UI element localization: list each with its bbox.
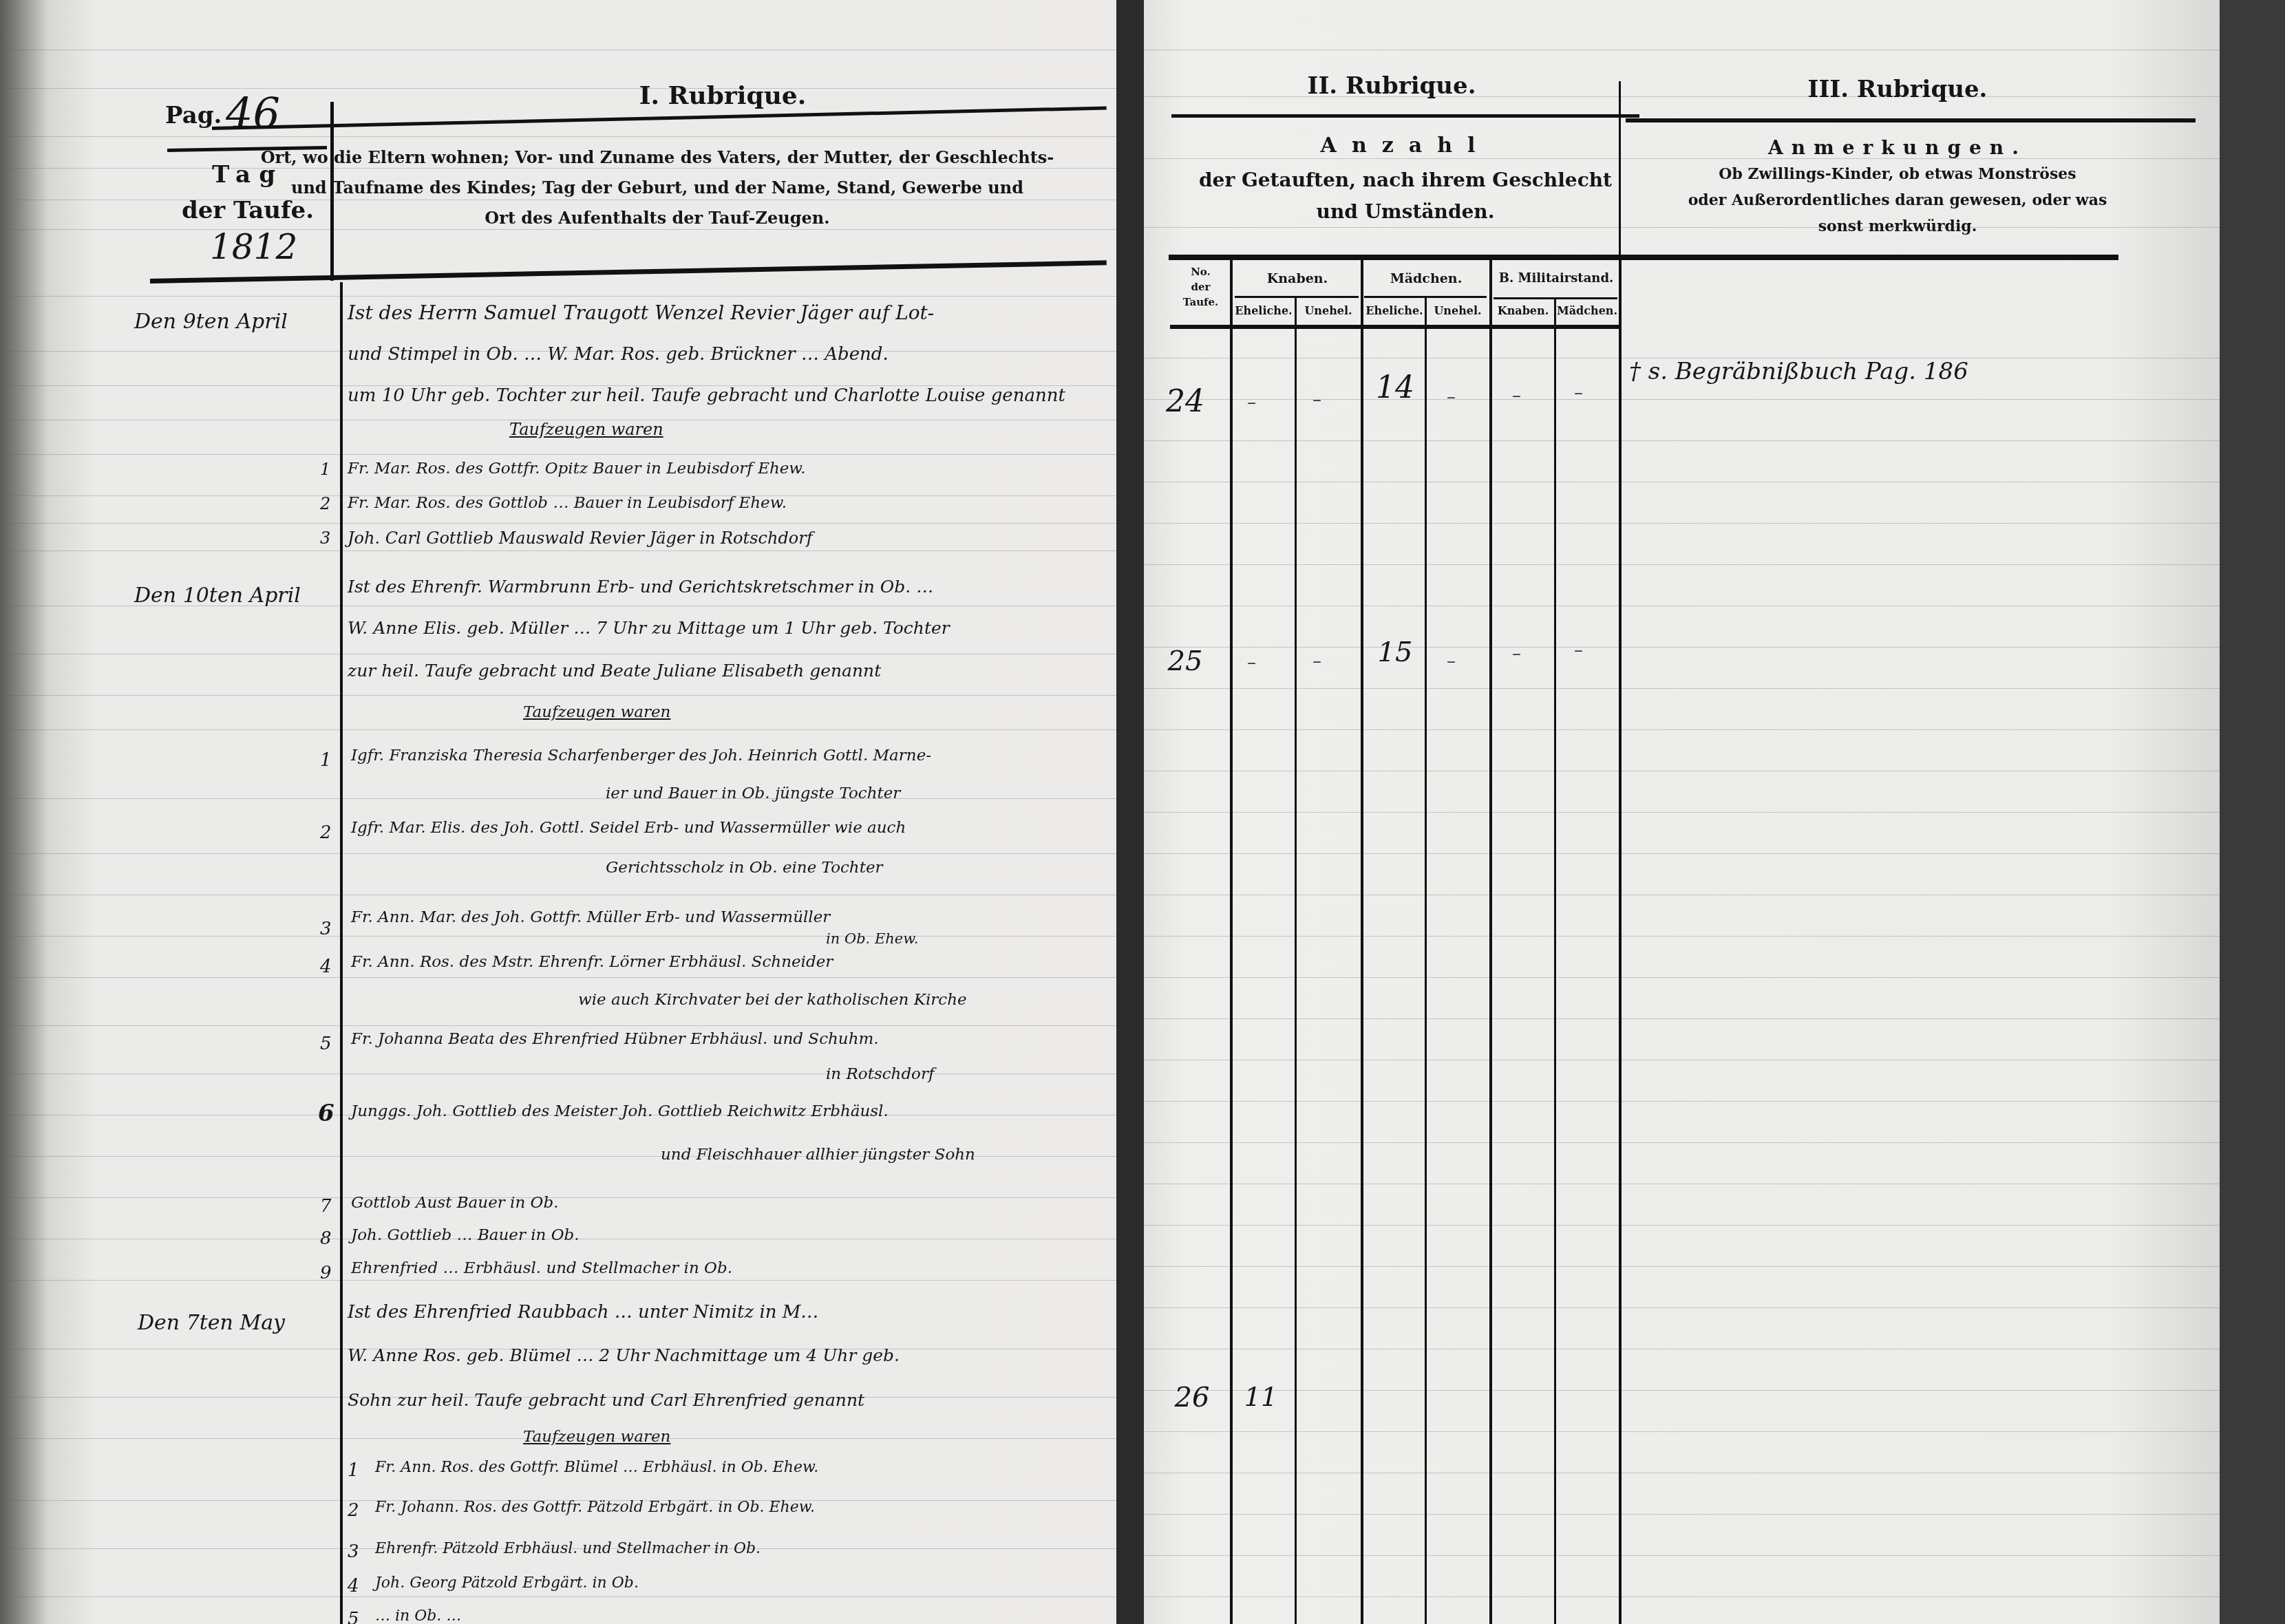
ruled-line xyxy=(1144,1473,2220,1473)
entry-2-witness-6: Junggs. Joh. Gottlieb des Meister Joh. G… xyxy=(351,1102,889,1120)
ruled-line xyxy=(1144,729,2220,730)
entry-2-knaben-unehel: – xyxy=(1312,651,1321,672)
rubrique-2-title: II. Rubrique. xyxy=(1165,72,1619,100)
col-mil-maedchen: Mädchen. xyxy=(1555,303,1619,319)
ruled-line xyxy=(1144,440,2220,441)
ruled-line xyxy=(1144,1018,2220,1019)
entry-2-maedchen-unehel: – xyxy=(1447,651,1456,672)
entry-3-witness-3: Ehrenfr. Pätzold Erbhäusl. und Stellmach… xyxy=(375,1540,761,1557)
right-page: II. Rubrique. Anzahl der Getauften, nach… xyxy=(1144,0,2220,1624)
entry-2-witness-9-num: 9 xyxy=(320,1263,332,1283)
year: 1812 xyxy=(210,227,297,267)
entry-1-line-3: um 10 Uhr geb. Tochter zur heil. Taufe g… xyxy=(348,385,1065,406)
date-col-divider xyxy=(340,282,343,1624)
entry-3-witness-1: Fr. Ann. Ros. des Gottfr. Blümel … Erbhä… xyxy=(375,1459,818,1476)
entry-2-witness-6-cont: und Fleischhauer allhier jüngster Sohn xyxy=(661,1146,975,1164)
entry-2-mil-knaben: – xyxy=(1512,643,1521,664)
header-col-divider xyxy=(1619,81,1621,260)
ruled-line xyxy=(1144,1266,2220,1267)
entry-1-maedchen-unehel: – xyxy=(1447,387,1456,407)
ruled-line xyxy=(0,729,1116,730)
entry-3-line-1: Ist des Ehrenfried Raubbach … unter Nimi… xyxy=(348,1302,818,1323)
rule xyxy=(1626,118,2196,122)
rubrique-2-desc-line3: und Umständen. xyxy=(1171,198,1639,226)
header-col-divider xyxy=(330,102,334,281)
ruled-line xyxy=(1144,936,2220,937)
col-divider xyxy=(1619,260,1622,1624)
ruled-line xyxy=(1144,647,2220,648)
entry-1-line-1: Ist des Herrn Samuel Traugott Wenzel Rev… xyxy=(348,301,934,324)
entry-1-knaben-ehel: – xyxy=(1247,392,1256,413)
entry-2-witness-5: Fr. Johanna Beata des Ehrenfried Hübner … xyxy=(351,1030,879,1048)
entry-2-witness-1-num: 1 xyxy=(320,750,332,771)
page-label: Pag. xyxy=(165,102,220,129)
rubrique-3-desc-line3: oder Außerordentliches daran gewesen, od… xyxy=(1626,190,2169,212)
entry-3-date: Den 7ten May xyxy=(138,1311,285,1335)
ruled-line xyxy=(1144,399,2220,400)
entry-2-witness-8-num: 8 xyxy=(320,1228,332,1249)
col-maedchen-ehelich: Eheliche. xyxy=(1363,303,1426,319)
entry-2-witness-3-num: 3 xyxy=(320,919,332,939)
left-page: Pag. 46 Tag der Taufe. 1812 I. Rubrique.… xyxy=(0,0,1116,1624)
entry-1-mil-knaben: – xyxy=(1512,385,1521,406)
col-mil-knaben: Knaben. xyxy=(1491,303,1555,319)
entry-2-line-1: Ist des Ehrenfr. Warmbrunn Erb- und Geri… xyxy=(348,577,933,597)
entry-3-witness-heading: Taufzeugen waren xyxy=(523,1428,670,1446)
entry-3-witness-1-num: 1 xyxy=(348,1460,359,1481)
entry-2-witness-7: Gottlob Aust Bauer in Ob. xyxy=(351,1194,558,1212)
ruled-line xyxy=(0,798,1116,799)
rule xyxy=(1235,296,1359,298)
entry-1-witness-1: Fr. Mar. Ros. des Gottfr. Opitz Bauer in… xyxy=(348,460,806,478)
ruled-line xyxy=(1144,895,2220,895)
ruled-line xyxy=(1144,1349,2220,1349)
col-no-line2: der xyxy=(1171,280,1230,295)
col-knaben-header: Knaben. xyxy=(1233,270,1361,289)
entry-2-witness-7-num: 7 xyxy=(320,1196,332,1217)
ruled-line xyxy=(1144,1225,2220,1226)
col-knaben-ehelich: Eheliche. xyxy=(1232,303,1295,319)
ruled-line xyxy=(1144,1390,2220,1391)
entry-2-mil-maedchen: – xyxy=(1574,640,1583,661)
rubrique-2-desc-line2: der Getauften, nach ihrem Geschlecht xyxy=(1171,167,1639,195)
ruled-line xyxy=(1144,977,2220,978)
entry-3-witness-4-num: 4 xyxy=(348,1576,359,1596)
col-maedchen-unehel: Unehel. xyxy=(1426,303,1489,319)
entry-3-line-3: Sohn zur heil. Taufe gebracht und Carl E… xyxy=(348,1390,864,1410)
entry-1-remark: † s. Begräbnißbuch Pag. 186 xyxy=(1629,358,1968,385)
entry-2-date: Den 10ten April xyxy=(134,584,301,608)
entry-2-witness-2-cont: Gerichtsscholz in Ob. eine Tochter xyxy=(606,859,883,877)
entry-1-witness-1-num: 1 xyxy=(320,460,330,479)
book-fold xyxy=(1116,0,1144,1624)
entry-2-witness-1-cont: ier und Bauer in Ob. jüngste Tochter xyxy=(606,784,900,802)
ruled-line xyxy=(1144,1307,2220,1308)
ruled-line xyxy=(1144,606,2220,606)
entry-1-no: 24 xyxy=(1151,384,1220,419)
col-no-header: No. der Taufe. xyxy=(1171,265,1230,310)
ruled-line xyxy=(1144,1142,2220,1143)
ruled-line xyxy=(1144,688,2220,689)
ruled-line xyxy=(0,1025,1116,1026)
ruled-line xyxy=(1144,1060,2220,1060)
entry-2-no: 25 xyxy=(1151,645,1220,677)
ruled-line xyxy=(1144,523,2220,524)
rubrique-1-desc-line2: und Taufname des Kindes; Tag der Geburt,… xyxy=(213,176,1101,200)
entry-2-line-2: W. Anne Elis. geb. Müller … 7 Uhr zu Mit… xyxy=(348,618,950,638)
entry-2-witness-4: Fr. Ann. Ros. des Mstr. Ehrenfr. Lörner … xyxy=(351,953,833,971)
col-militair-header: B. Militairstand. xyxy=(1491,270,1621,288)
entry-3-witness-2: Fr. Johann. Ros. des Gottfr. Pätzold Erb… xyxy=(375,1499,815,1516)
entry-3-line-2: W. Anne Ros. geb. Blümel … 2 Uhr Nachmit… xyxy=(348,1345,900,1365)
col-maedchen-header: Mädchen. xyxy=(1363,270,1489,289)
ruled-line xyxy=(1144,1596,2220,1597)
ruled-line xyxy=(1144,812,2220,813)
ruled-line xyxy=(1144,1184,2220,1184)
ruled-line xyxy=(0,454,1116,455)
ruled-line xyxy=(1144,771,2220,771)
entry-3-witness-5: … in Ob. … xyxy=(375,1607,461,1624)
entry-2-witness-2-num: 2 xyxy=(320,822,332,843)
entry-2-maedchen-ehel: 15 xyxy=(1364,637,1426,668)
ruled-line xyxy=(1144,1555,2220,1556)
rubrique-3-desc-line4: sonst merkwürdig. xyxy=(1626,216,2169,238)
col-divider xyxy=(1295,297,1297,1624)
col-divider xyxy=(1489,260,1492,1624)
ruled-line xyxy=(0,551,1116,551)
rubrique-1-desc-line3: Ort des Aufenthalts der Tauf-Zeugen. xyxy=(213,206,1101,231)
entry-1-witness-heading: Taufzeugen waren xyxy=(509,420,663,439)
entry-2-knaben-ehel: – xyxy=(1247,652,1256,673)
scan-background xyxy=(2220,0,2285,1624)
entry-3-knaben-ehel: 11 xyxy=(1240,1382,1282,1412)
rubrique-1-desc-line1: Ort, wo die Eltern wohnen; Vor- und Zuna… xyxy=(213,146,1101,170)
ruled-line xyxy=(1144,50,2220,50)
entry-1-witness-2-num: 2 xyxy=(320,494,330,513)
entry-3-witness-3-num: 3 xyxy=(348,1541,359,1562)
entry-2-witness-4-num: 4 xyxy=(320,957,332,977)
entry-1-line-2: und Stimpel in Ob. … W. Mar. Ros. geb. B… xyxy=(348,344,889,365)
entry-1-date: Den 9ten April xyxy=(134,310,288,334)
entry-2-witness-2: Igfr. Mar. Elis. des Joh. Gottl. Seidel … xyxy=(351,819,906,837)
ruled-line xyxy=(1144,564,2220,565)
entry-1-witness-3-num: 3 xyxy=(320,528,330,548)
rubrique-3-title: III. Rubrique. xyxy=(1626,76,2169,103)
entry-3-witness-2-num: 2 xyxy=(348,1500,359,1521)
col-no-line3: Taufe. xyxy=(1171,295,1230,310)
ruled-line xyxy=(0,136,1116,137)
entry-2-witness-5-cont: in Rotschdorf xyxy=(826,1065,934,1083)
ruled-line xyxy=(0,1596,1116,1597)
entry-1-maedchen-ehel: 14 xyxy=(1364,370,1426,405)
ruled-line xyxy=(0,654,1116,654)
ruled-line xyxy=(0,695,1116,696)
entry-1-witness-3: Joh. Carl Gottlieb Mauswald Revier Jäger… xyxy=(348,528,813,548)
ruled-line xyxy=(0,895,1116,895)
entry-1-witness-2: Fr. Mar. Ros. des Gottlob … Bauer in Leu… xyxy=(348,494,787,512)
col-divider xyxy=(1230,260,1233,1624)
ruled-line xyxy=(1144,1514,2220,1515)
ruled-line xyxy=(1144,853,2220,854)
ruled-line xyxy=(0,523,1116,524)
ruled-line xyxy=(1144,482,2220,482)
rule xyxy=(1171,114,1639,118)
ruled-line xyxy=(0,853,1116,854)
ruled-line xyxy=(1144,1101,2220,1102)
entry-2-witness-8: Joh. Gottlieb … Bauer in Ob. xyxy=(351,1226,580,1244)
ruled-line xyxy=(0,936,1116,937)
entry-2-witness-1: Igfr. Franziska Theresia Scharfenberger … xyxy=(351,747,931,765)
rubrique-3-desc-line2: Ob Zwillings-Kinder, ob etwas Monströses xyxy=(1626,164,2169,186)
rubrique-1-title: I. Rubrique. xyxy=(516,81,929,110)
entry-2-witness-4-cont: wie auch Kirchvater bei der katholischen… xyxy=(578,991,967,1009)
entry-2-witness-heading: Taufzeugen waren xyxy=(523,703,670,721)
ruled-line xyxy=(1144,1431,2220,1432)
entry-3-witness-4: Joh. Georg Pätzold Erbgärt. in Ob. xyxy=(375,1574,639,1592)
entry-2-witness-3: Fr. Ann. Mar. des Joh. Gottfr. Müller Er… xyxy=(351,908,830,926)
col-divider xyxy=(1425,297,1427,1624)
col-divider xyxy=(1361,260,1363,1624)
entry-2-witness-5-num: 5 xyxy=(320,1034,332,1054)
col-no-line1: No. xyxy=(1171,265,1230,280)
entry-1-mil-maedchen: – xyxy=(1574,383,1583,403)
entry-3-no: 26 xyxy=(1158,1382,1226,1413)
ruled-line xyxy=(0,1073,1116,1074)
entry-2-witness-6-num: 6 xyxy=(318,1100,334,1127)
entry-3-witness-5-num: 5 xyxy=(348,1609,359,1624)
col-divider xyxy=(1554,297,1556,1624)
entry-2-witness-9: Ehrenfried … Erbhäusl. und Stellmacher i… xyxy=(351,1259,732,1277)
ruled-line xyxy=(0,50,1116,50)
ruled-line xyxy=(0,1280,1116,1281)
subheader-bottom-rule xyxy=(1170,325,1619,329)
rubrique-2-desc-line1: Anzahl xyxy=(1171,131,1639,161)
entry-2-line-3: zur heil. Taufe gebracht und Beate Julia… xyxy=(348,661,881,681)
ruled-line xyxy=(0,296,1116,297)
ruled-line xyxy=(0,977,1116,978)
rubrique-3-desc-line1: Anmerkungen. xyxy=(1626,134,2169,162)
header-bottom-rule xyxy=(1169,255,2118,260)
page-number: 46 xyxy=(226,88,280,138)
entry-2-witness-3-cont: in Ob. Ehew. xyxy=(826,930,918,947)
col-knaben-unehel: Unehel. xyxy=(1297,303,1360,319)
entry-1-knaben-unehel: – xyxy=(1312,389,1321,410)
